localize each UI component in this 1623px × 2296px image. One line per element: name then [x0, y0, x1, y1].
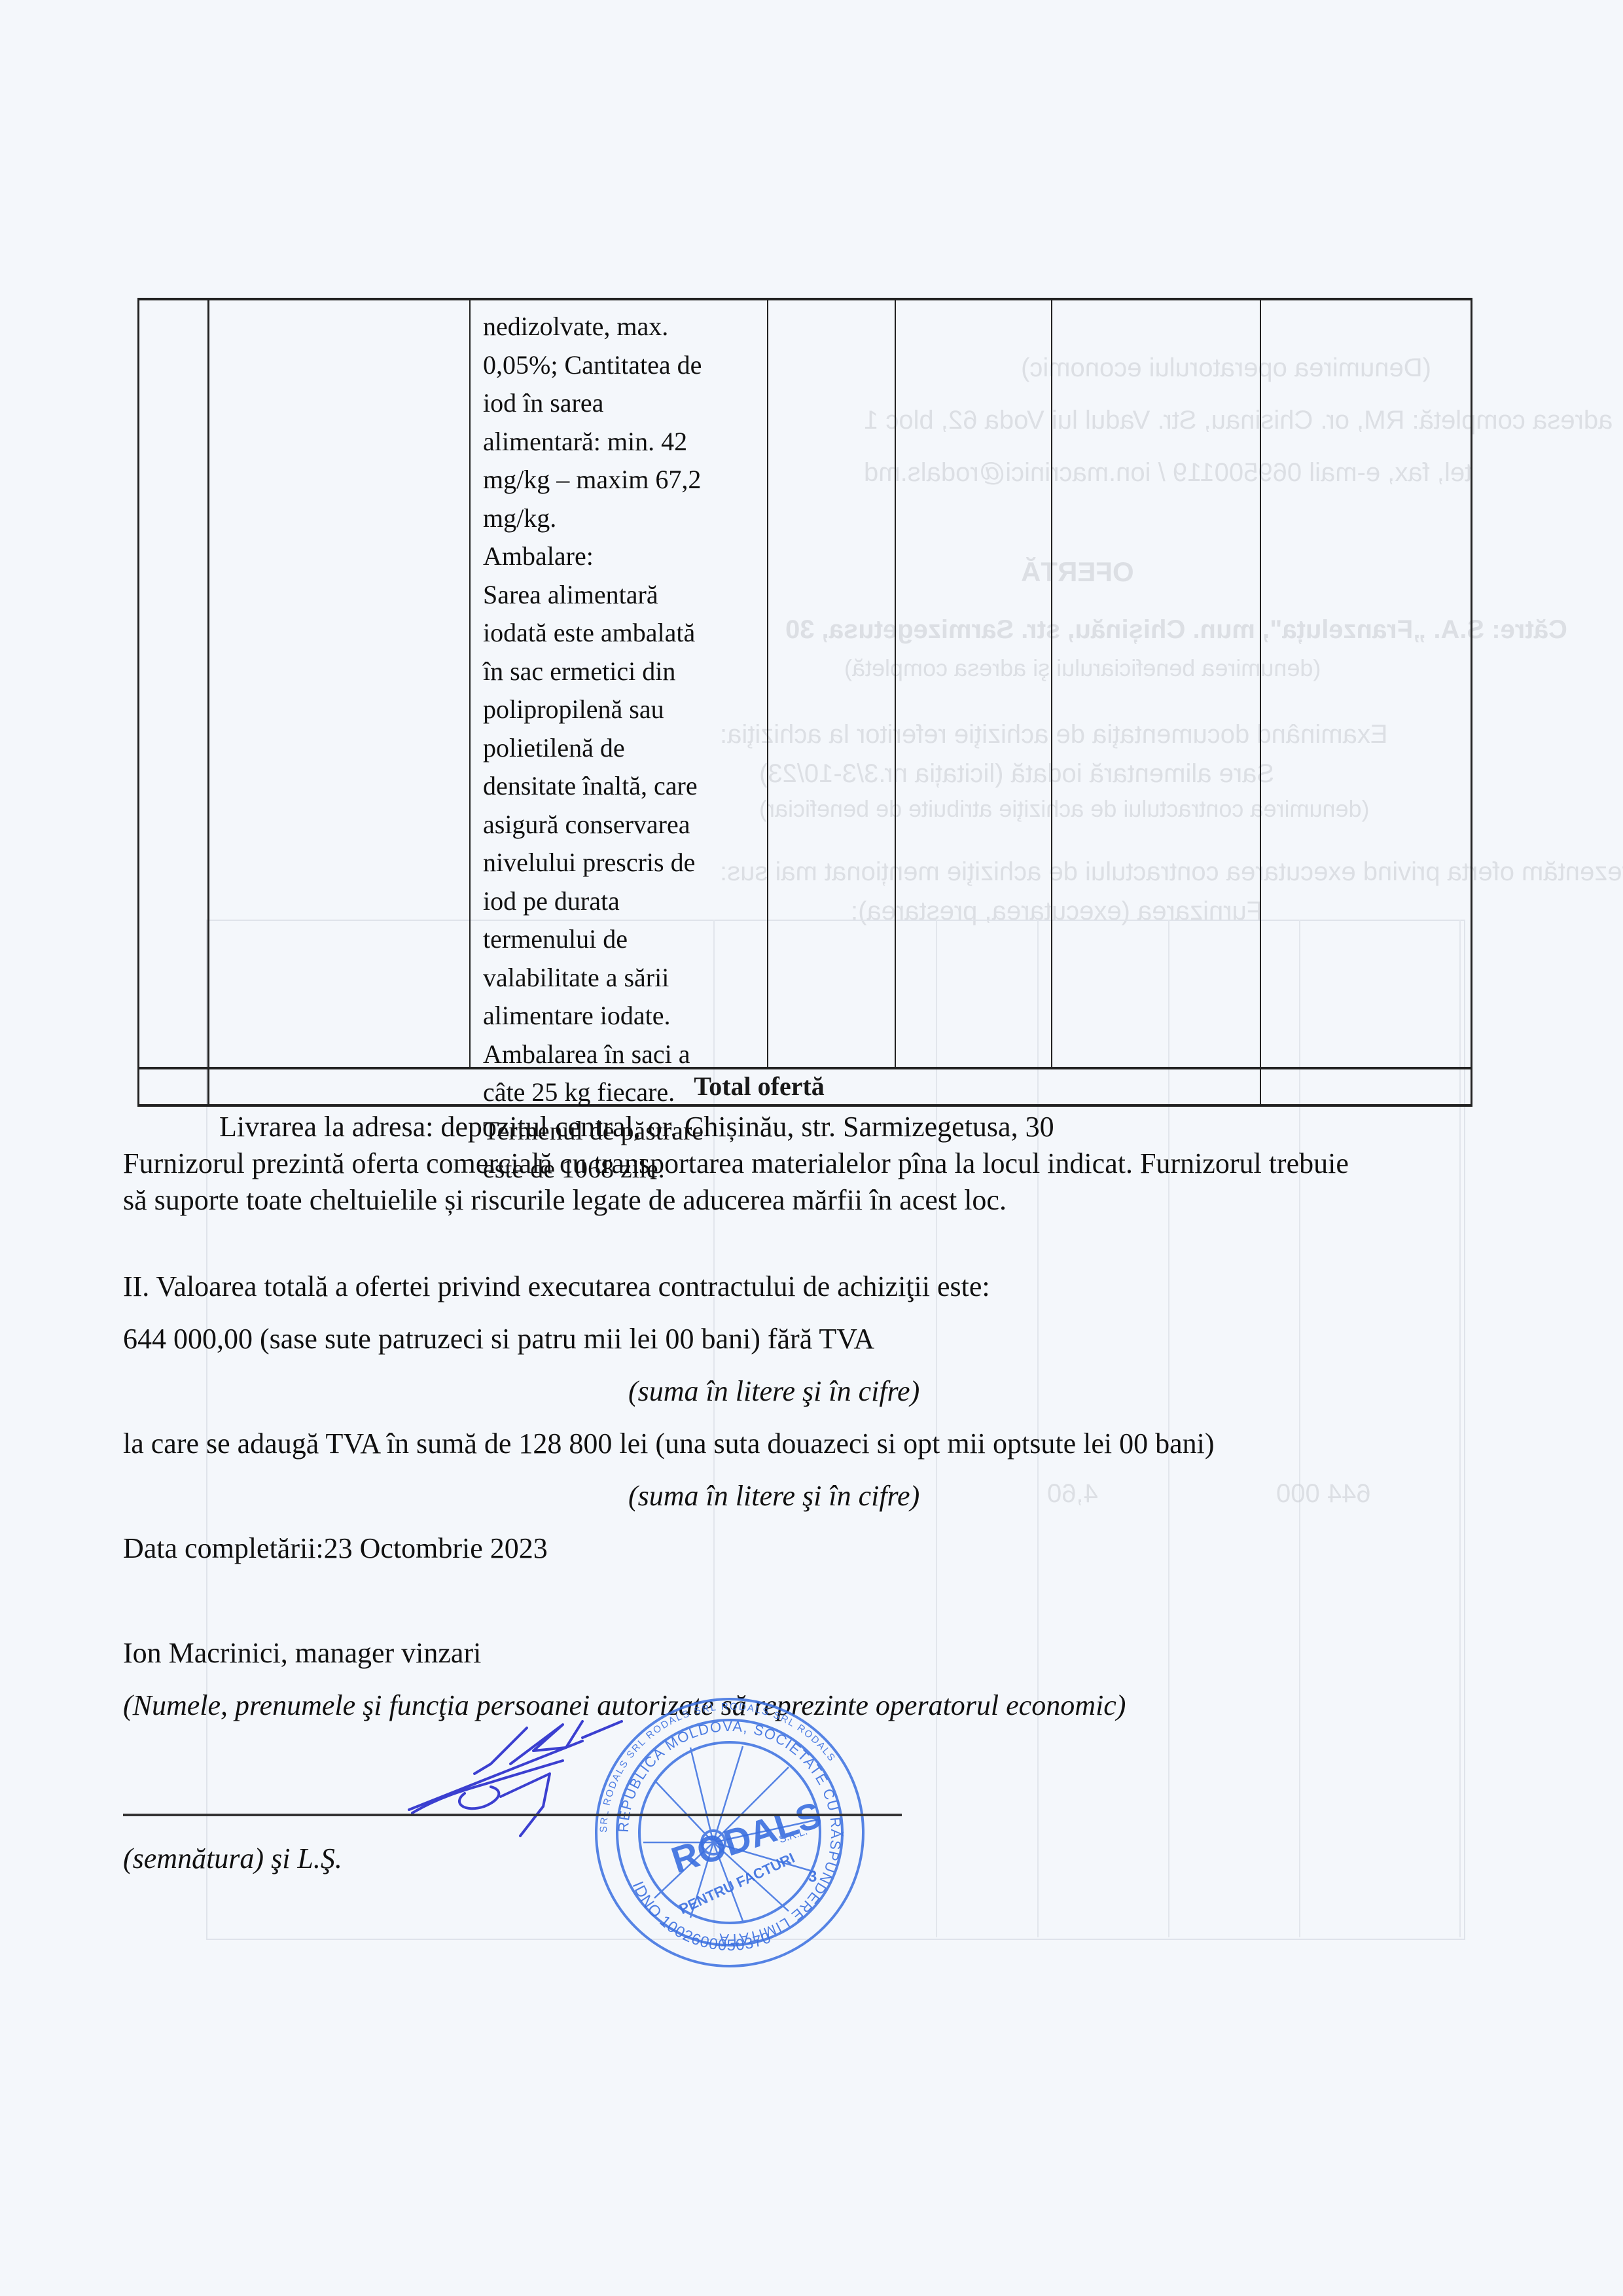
valuation-heading: II. Valoarea totală a ofertei privind ex…: [123, 1268, 990, 1305]
spec-line: termenului de: [483, 920, 771, 959]
completion-date: Data completării:23 Octombrie 2023: [123, 1530, 548, 1567]
spec-line: valabilitate a sării: [483, 959, 771, 997]
spec-line: nedizolvate, max.: [483, 308, 771, 346]
signature-caption: (semnătura) şi L.Ş.: [123, 1840, 342, 1877]
valuation-amount: 644 000,00 (sase sute patruzeci si patru…: [123, 1321, 874, 1357]
vat-amount: la care se adaugă TVA în sumă de 128 800…: [123, 1426, 1215, 1462]
spec-line: Sarea alimentară: [483, 576, 771, 615]
spec-line: alimentară: min. 42: [483, 423, 771, 461]
spec-line: 0,05%; Cantitatea de: [483, 346, 771, 385]
signatory-name: Ion Macrinici, manager vinzari: [123, 1635, 481, 1672]
valuation-amount-caption: (suma în litere şi în cifre): [628, 1373, 919, 1410]
delivery-terms-line-2: să suporte toate cheltuielile și riscuri…: [123, 1182, 1007, 1219]
col-divider: [895, 298, 896, 1068]
col-divider: [469, 298, 471, 1068]
spec-line: mg/kg – maxim 67,2: [483, 461, 771, 499]
svg-text:3: 3: [808, 1868, 817, 1886]
spec-line: polietilenă de: [483, 729, 771, 768]
table-border-row: [137, 1067, 1472, 1069]
table-border-top: [137, 298, 1472, 300]
col-divider: [207, 298, 209, 1107]
document-page: (Denumirea operatorului economic) adresa…: [0, 0, 1623, 2296]
svg-text:IDNO 1002600050370: IDNO 1002600050370: [629, 1879, 774, 1954]
signature-line: [123, 1814, 902, 1816]
handwritten-signature: [386, 1702, 726, 1859]
spec-line: iodată este ambalată: [483, 614, 771, 653]
spec-line: iod în sarea: [483, 384, 771, 423]
table-border-left: [137, 298, 139, 1107]
spec-line: alimentare iodate.: [483, 997, 771, 1035]
col-divider: [1051, 298, 1052, 1068]
delivery-terms-line-1: Furnizorul prezintă oferta comercială cu…: [123, 1145, 1349, 1182]
spec-line: Ambalare:: [483, 537, 771, 576]
table-border-right: [1471, 298, 1472, 1107]
spec-line: mg/kg.: [483, 499, 771, 538]
spec-line: iod pe durata: [483, 882, 771, 921]
spec-line: polipropilenă sau: [483, 691, 771, 729]
spec-line: asigură conservarea: [483, 806, 771, 844]
delivery-address: Livrarea la adresa: depozitul central, o…: [219, 1109, 1054, 1145]
spec-line: în sac ermetici din: [483, 653, 771, 691]
vat-amount-caption: (suma în litere şi în cifre): [628, 1478, 919, 1515]
total-offer-label: Total ofertă: [589, 1070, 929, 1103]
technical-spec-cell: nedizolvate, max. 0,05%; Cantitatea de i…: [483, 308, 771, 1189]
spec-line: nivelului prescris de: [483, 844, 771, 882]
offer-table: [137, 298, 1472, 1106]
col-divider: [1260, 298, 1261, 1107]
spec-line: Ambalarea în saci a: [483, 1035, 771, 1074]
table-border-bottom: [137, 1104, 1472, 1107]
spec-line: densitate înaltă, care: [483, 767, 771, 806]
